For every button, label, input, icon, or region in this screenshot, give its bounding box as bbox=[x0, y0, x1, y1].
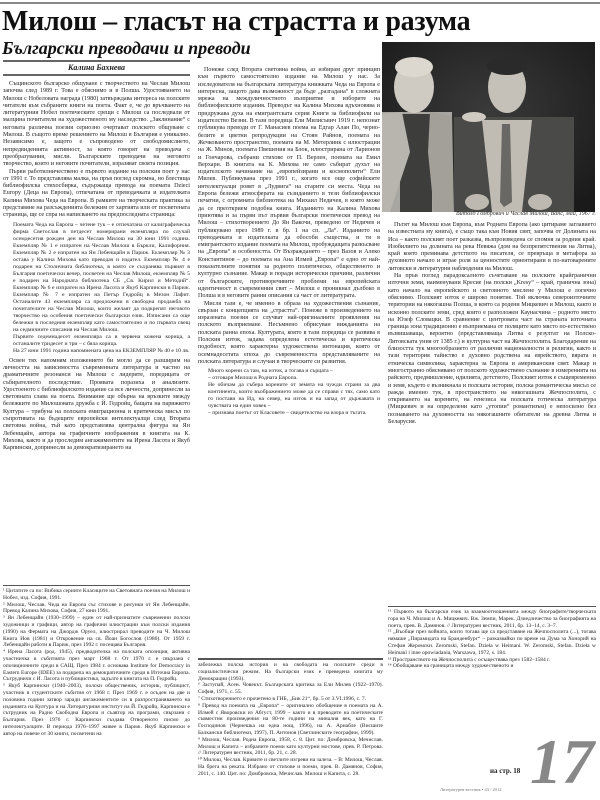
author-byline: Калина Бахнева bbox=[3, 60, 190, 76]
footnote: ¹¹ Първото на български език за взаимоот… bbox=[388, 609, 596, 629]
footnote: ¹⁴ Обобщаване на границата между художес… bbox=[388, 663, 596, 670]
page-number: 17 bbox=[530, 730, 594, 794]
footnote: ⁴ Ирена Ласота (род. 1945), предводителк… bbox=[3, 649, 190, 683]
paragraph: Първи работилничествено е първото издани… bbox=[3, 169, 190, 220]
middle-footnotes: забележка полска история и на свободата … bbox=[198, 658, 383, 800]
footnote: ¹² „Въобще през войната, които тогава ще… bbox=[388, 629, 596, 656]
footnote: ⁸ Превод на поемата на „Европа“ – оригин… bbox=[198, 703, 383, 737]
quote-text: Първите седемнадесет екземпляра са в чер… bbox=[13, 334, 190, 348]
continued-on-page[interactable]: на стр. 18 bbox=[490, 767, 520, 775]
paragraph: Пътят на Милош към Европа, към Родната Е… bbox=[388, 222, 596, 273]
right-column: Пътят на Милош към Европа, към Родната Е… bbox=[388, 222, 596, 606]
quote-text: Поемата Чеда на Европа – четене тук – е … bbox=[13, 222, 190, 334]
author-photo bbox=[382, 42, 595, 212]
paragraph: Освен тях напомням изложението би могло … bbox=[3, 358, 190, 453]
footnote: ⁵ Якуб Карпински (1940–2003), полски общ… bbox=[3, 683, 190, 737]
footnote: ³ Ян Лебенщайн (1930–1999) – един от най… bbox=[3, 615, 190, 649]
headline: Милош – гласът на страстта и разума bbox=[2, 6, 470, 38]
paragraph: Понеже след Втората световна война, аз и… bbox=[198, 67, 380, 301]
photo-caption: Витолд Гомбрович и Чеслав Милош, Ванс, м… bbox=[388, 211, 596, 217]
footnote: ² Милош, Чеслав. Чеда на Европа със стих… bbox=[3, 602, 190, 616]
footnote: ⁷ Стихотворението е прочетено в ГНБ, „Би… bbox=[198, 696, 383, 703]
top-rule bbox=[0, 2, 600, 4]
footnote: ⁹ Милош, Чеслав. Родна Европа, 1958, с. … bbox=[198, 737, 383, 757]
left-column: Калина Бахнева Същинското българско общу… bbox=[3, 58, 190, 585]
left-footnotes: ¹ Цитатите са по: Вибика сериите Класици… bbox=[3, 585, 190, 800]
quote-line: Много корени са там, на изток, а тогава … bbox=[208, 368, 380, 375]
photo-two-men-illustration bbox=[382, 42, 595, 212]
paragraph: На пръв поглед парадоксалното съчетаване… bbox=[388, 273, 596, 426]
footnote: ¹⁰ Милош, Чеслав. Кривите и светлите изг… bbox=[198, 757, 383, 777]
quote-line: – признава поетът от Класовете – свидете… bbox=[208, 410, 380, 417]
footnote: ⁶ Заступай, Асен. Човекът. Българската к… bbox=[198, 682, 383, 696]
footer-publication: Литературен вестник • 43 / 2012 bbox=[440, 787, 502, 792]
quote-line: Не обичам да събера корените от земята н… bbox=[208, 382, 380, 410]
footnote: забележка полска история и на свободата … bbox=[198, 662, 383, 682]
middle-column: Понеже след Втората световна война, аз и… bbox=[198, 67, 380, 657]
poem-quote: Много корени са там, на изток, а тогава … bbox=[198, 368, 380, 417]
paragraph: Мисля тази е, че именно в образа на худо… bbox=[198, 301, 380, 367]
right-footnotes: ¹¹ Първото на български език за взаимоот… bbox=[388, 606, 596, 724]
quote-text: На 27 юни 1991 година напомнената цена н… bbox=[13, 348, 190, 355]
footnote: ¹ Цитатите са по: Вибика сериите Класици… bbox=[3, 588, 190, 602]
paragraph: Същинското българско общуване с творчест… bbox=[3, 81, 190, 169]
colophon-quote: Поемата Чеда на Европа – четене тук – е … bbox=[3, 222, 190, 355]
subheadline: Български преводачи и преводи bbox=[2, 38, 251, 59]
